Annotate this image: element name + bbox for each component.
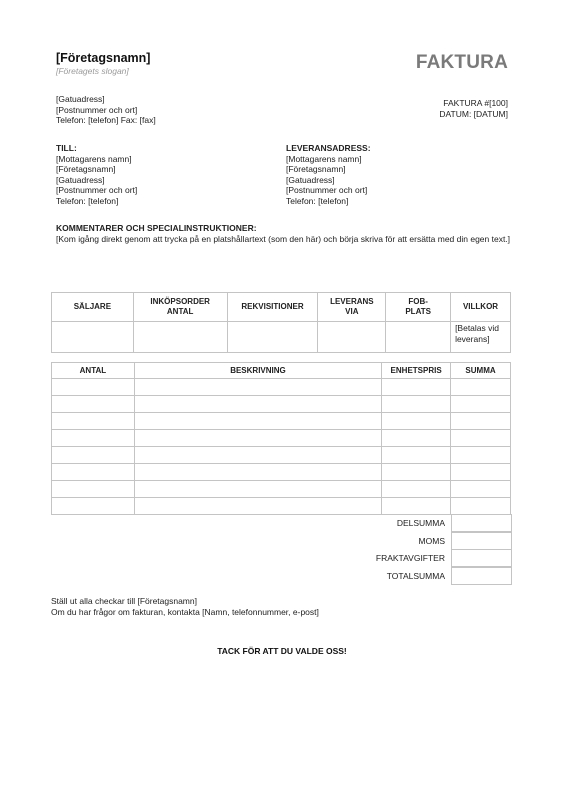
amount-cell[interactable] — [451, 481, 511, 498]
sender-postal[interactable]: [Postnummer och ort] — [56, 105, 156, 116]
description-cell[interactable] — [134, 396, 381, 413]
unit-price-cell[interactable] — [382, 430, 451, 447]
line-item-row — [52, 413, 511, 430]
bill-to-phone[interactable]: Telefon: [telefon] — [56, 196, 137, 207]
line-item-row — [52, 379, 511, 396]
total-label: TOTALSUMMA — [387, 571, 445, 581]
contact-line[interactable]: Om du har frågor om fakturan, kontakta [… — [51, 607, 319, 618]
quantity-cell[interactable] — [52, 413, 135, 430]
po-number-cell[interactable] — [133, 322, 227, 353]
header-description: BESKRIVNING — [134, 363, 381, 379]
description-cell[interactable] — [134, 447, 381, 464]
shipping-value[interactable] — [451, 549, 512, 567]
company-name[interactable]: [Företagsnamn] — [56, 51, 150, 65]
bill-to-recipient[interactable]: [Mottagarens namn] — [56, 154, 137, 165]
header-seller: SÄLJARE — [52, 293, 134, 322]
tax-label: MOMS — [419, 536, 445, 546]
quantity-cell[interactable] — [52, 498, 135, 515]
subtotal-label: DELSUMMA — [397, 518, 445, 528]
line-item-row — [52, 498, 511, 515]
tax-value[interactable] — [451, 532, 512, 550]
header-quantity: ANTAL — [52, 363, 135, 379]
description-cell[interactable] — [134, 413, 381, 430]
amount-cell[interactable] — [451, 447, 511, 464]
line-item-row — [52, 481, 511, 498]
comments-text[interactable]: [Kom igång direkt genom att trycka på en… — [56, 234, 511, 245]
header-unit-price: ENHETSPRIS — [382, 363, 451, 379]
comments-heading: KOMMENTARER OCH SPECIALINSTRUKTIONER: — [56, 223, 511, 234]
quantity-cell[interactable] — [52, 430, 135, 447]
ship-to-company[interactable]: [Företagsnamn] — [286, 164, 371, 175]
amount-cell[interactable] — [451, 379, 511, 396]
amount-cell[interactable] — [451, 464, 511, 481]
unit-price-cell[interactable] — [382, 413, 451, 430]
description-cell[interactable] — [134, 481, 381, 498]
amount-cell[interactable] — [451, 498, 511, 515]
header-amount: SUMMA — [451, 363, 511, 379]
header-fob-point: FOB-PLATS — [386, 293, 451, 322]
quantity-cell[interactable] — [52, 481, 135, 498]
thank-you-message: TACK FÖR ATT DU VALDE OSS! — [0, 646, 564, 656]
bill-to-postal[interactable]: [Postnummer och ort] — [56, 185, 137, 196]
requisitions-cell[interactable] — [227, 322, 318, 353]
order-info-header-row: SÄLJARE INKÖPSORDERANTAL REKVISITIONER L… — [52, 293, 511, 322]
quantity-cell[interactable] — [52, 464, 135, 481]
bill-to-heading: TILL: — [56, 143, 137, 154]
quantity-cell[interactable] — [52, 447, 135, 464]
header-po-number: INKÖPSORDERANTAL — [133, 293, 227, 322]
bill-to-company[interactable]: [Företagsnamn] — [56, 164, 137, 175]
order-info-value-row: [Betalas vid leverans] — [52, 322, 511, 353]
quantity-cell[interactable] — [52, 379, 135, 396]
unit-price-cell[interactable] — [382, 396, 451, 413]
bill-to-block: TILL: [Mottagarens namn] [Företagsnamn] … — [56, 143, 137, 207]
sender-address: [Gatuadress] [Postnummer och ort] Telefo… — [56, 94, 156, 126]
description-cell[interactable] — [134, 464, 381, 481]
quantity-cell[interactable] — [52, 396, 135, 413]
line-item-row — [52, 396, 511, 413]
terms-cell[interactable]: [Betalas vid leverans] — [451, 322, 511, 353]
line-items-header-row: ANTAL BESKRIVNING ENHETSPRIS SUMMA — [52, 363, 511, 379]
header-requisitions: REKVISITIONER — [227, 293, 318, 322]
description-cell[interactable] — [134, 379, 381, 396]
comments-block: KOMMENTARER OCH SPECIALINSTRUKTIONER: [K… — [56, 223, 511, 244]
sender-street[interactable]: [Gatuadress] — [56, 94, 156, 105]
header-terms: VILLKOR — [451, 293, 511, 322]
total-value[interactable] — [451, 567, 512, 585]
document-title: FAKTURA — [416, 52, 508, 74]
bill-to-street[interactable]: [Gatuadress] — [56, 175, 137, 186]
line-items-table: ANTAL BESKRIVNING ENHETSPRIS SUMMA — [51, 362, 511, 515]
unit-price-cell[interactable] — [382, 464, 451, 481]
ship-to-postal[interactable]: [Postnummer och ort] — [286, 185, 371, 196]
header-ship-via: LEVERANSVIA — [318, 293, 386, 322]
shipping-label: FRAKTAVGIFTER — [376, 553, 445, 563]
ship-to-block: LEVERANSADRESS: [Mottagarens namn] [Före… — [286, 143, 371, 207]
ship-to-phone[interactable]: Telefon: [telefon] — [286, 196, 371, 207]
order-info-table: SÄLJARE INKÖPSORDERANTAL REKVISITIONER L… — [51, 292, 511, 353]
invoice-date[interactable]: DATUM: [DATUM] — [439, 109, 508, 120]
description-cell[interactable] — [134, 430, 381, 447]
ship-via-cell[interactable] — [318, 322, 386, 353]
unit-price-cell[interactable] — [382, 498, 451, 515]
line-item-row — [52, 464, 511, 481]
amount-cell[interactable] — [451, 413, 511, 430]
unit-price-cell[interactable] — [382, 481, 451, 498]
subtotal-value[interactable] — [451, 514, 512, 532]
amount-cell[interactable] — [451, 396, 511, 413]
company-slogan[interactable]: [Företagets slogan] — [56, 66, 129, 76]
checks-payable-line[interactable]: Ställ ut alla checkar till [Företagsnamn… — [51, 596, 319, 607]
line-item-row — [52, 430, 511, 447]
unit-price-cell[interactable] — [382, 379, 451, 396]
footer-notes: Ställ ut alla checkar till [Företagsnamn… — [51, 596, 319, 617]
fob-point-cell[interactable] — [386, 322, 451, 353]
ship-to-street[interactable]: [Gatuadress] — [286, 175, 371, 186]
invoice-meta: FAKTURA #[100] DATUM: [DATUM] — [439, 98, 508, 119]
invoice-number[interactable]: FAKTURA #[100] — [439, 98, 508, 109]
unit-price-cell[interactable] — [382, 447, 451, 464]
sender-phone-fax[interactable]: Telefon: [telefon] Fax: [fax] — [56, 115, 156, 126]
amount-cell[interactable] — [451, 430, 511, 447]
ship-to-recipient[interactable]: [Mottagarens namn] — [286, 154, 371, 165]
description-cell[interactable] — [134, 498, 381, 515]
line-item-row — [52, 447, 511, 464]
seller-cell[interactable] — [52, 322, 134, 353]
ship-to-heading: LEVERANSADRESS: — [286, 143, 371, 154]
